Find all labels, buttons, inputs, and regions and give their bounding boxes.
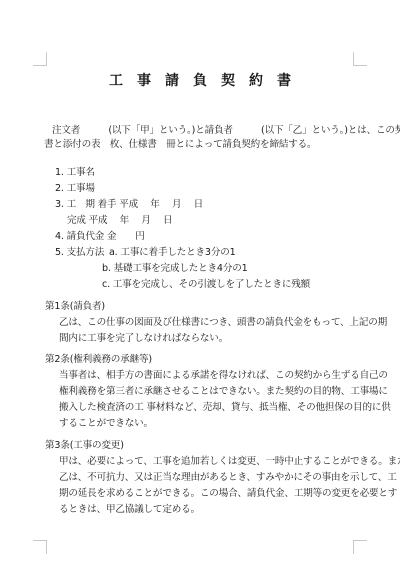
payment-term-c: c. 工事を完成し、その引渡しを了したときに残額 bbox=[102, 277, 310, 293]
crop-mark-top-left bbox=[33, 52, 47, 66]
intro-line-2: 書と添付の表 枚、仕様書 冊とによって請負契約を締結する。 bbox=[44, 137, 316, 153]
article-2-line-4: することができない。 bbox=[59, 416, 153, 432]
article-2-line-3: 搬入した検査済の工 事材料など、売却、貸与、抵当権、その他担保の目的に供 bbox=[59, 400, 391, 416]
payment-term-a: a. 工事に着手したとき3分の1 bbox=[109, 245, 236, 261]
item-construction-name: 1. 工事名 bbox=[55, 165, 95, 181]
document-title: 工事請負契約書 bbox=[0, 70, 400, 90]
crop-mark-bottom-right bbox=[353, 540, 367, 554]
item-construction-site: 2. 工事場 bbox=[55, 181, 95, 197]
article-3-line-3: 期の延長を求めることができる。この場合、請負代金、工期等の変更を必要とす bbox=[59, 486, 397, 502]
crop-mark-top-right bbox=[353, 52, 367, 66]
article-2-line-2: 権利義務を第三者に承継させることはできない。また契約の目的物、工事場に bbox=[59, 384, 388, 400]
article-1-line-2: 間内に工事を完了しなければならない。 bbox=[59, 331, 228, 347]
article-3-line-4: るときは、甲乙協議して定める。 bbox=[59, 502, 200, 518]
item-contract-price: 4. 請負代金 金 円 bbox=[55, 229, 145, 245]
article-1-heading: 第1条(請負者) bbox=[45, 299, 105, 315]
article-2-line-1: 当事者は、相手方の書面による承諾を得なければ、この契約から生ずる自己の bbox=[59, 368, 388, 384]
item-period-end: 完成 平成 年 月 日 bbox=[67, 213, 172, 229]
payment-method-label: 5. 支払方法 bbox=[55, 245, 104, 261]
article-1-line-1: 乙は、この仕事の図面及び仕様書につき、頭書の請負代金をもって、上記の期 bbox=[59, 315, 387, 331]
item-period-start: 3. 工 期 着手 平成 年 月 日 bbox=[55, 197, 203, 213]
article-2-heading: 第2条(権利義務の承継等) bbox=[45, 352, 152, 368]
article-3-heading: 第3条(工事の変更) bbox=[45, 438, 124, 454]
article-3-line-1: 甲は、必要によって、工事を追加若しくは変更、一時中止することができる。また bbox=[59, 454, 400, 470]
article-3-line-2: 乙は、不可抗力、又は正当な理由があるとき、すみやかにその事由を示して、工 bbox=[59, 470, 397, 486]
payment-term-b: b. 基礎工事を完成したとき4分の1 bbox=[102, 261, 248, 277]
crop-mark-bottom-left bbox=[33, 540, 47, 554]
